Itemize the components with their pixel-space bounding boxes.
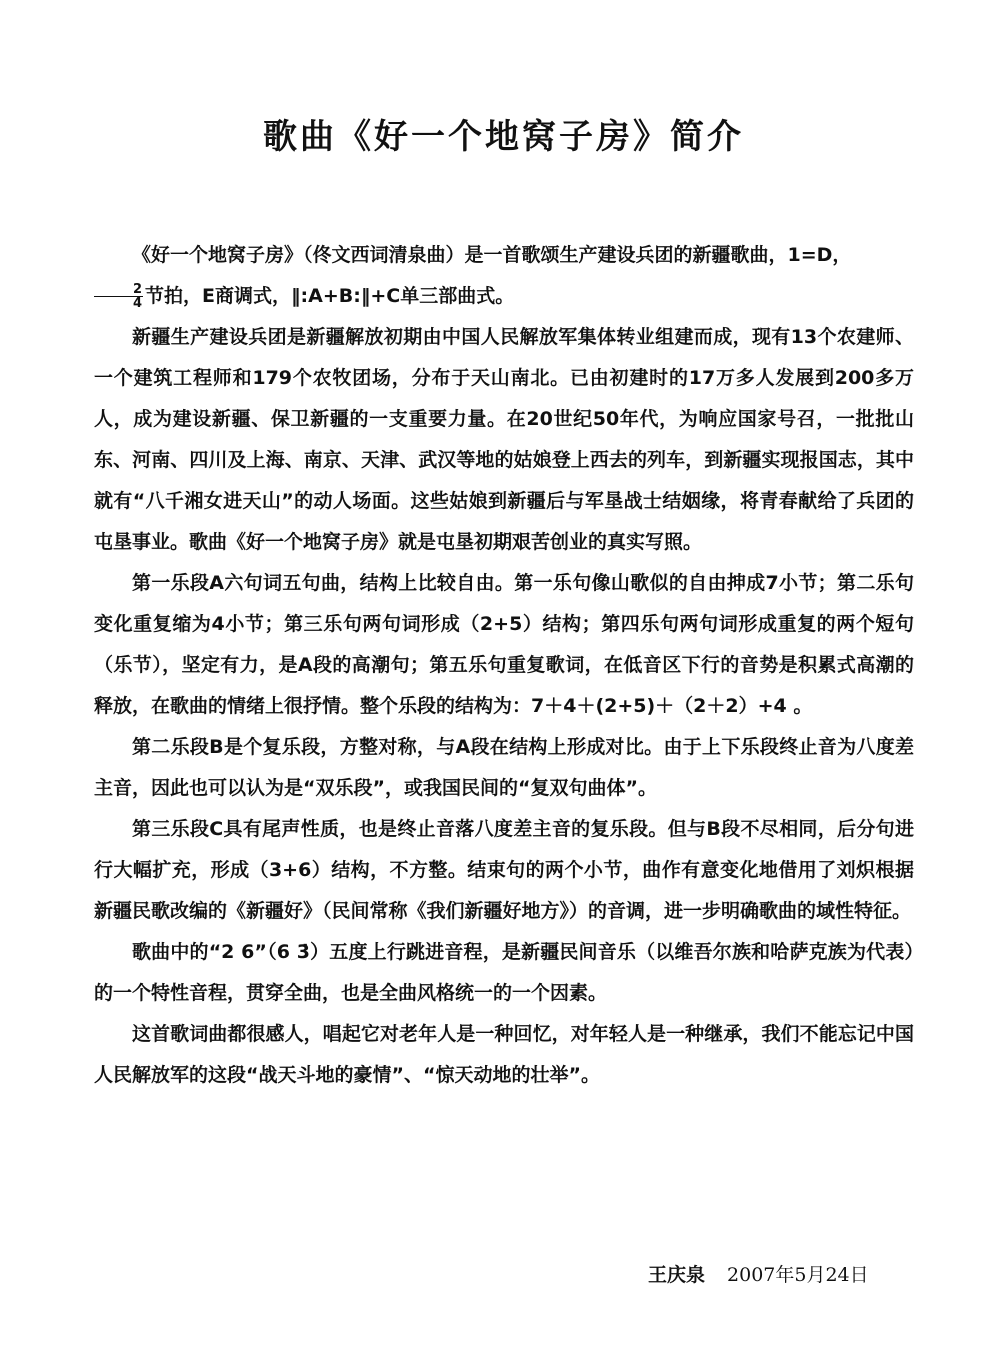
document-page: 歌曲《好一个地窝子房》简介 《好一个地窝子房》（佟文西词清泉曲）是一首歌颂生产建… [0,0,1007,1354]
signature-date: 2007年5月24日 [727,1264,869,1286]
time-signature-denominator: 4 [94,297,143,310]
intro-paragraph: 《好一个地窝子房》（佟文西词清泉曲）是一首歌颂生产建设兵团的新疆歌曲，1=D，2… [94,235,914,317]
intro-line-1: 《好一个地窝子房》（佟文西词清泉曲）是一首歌颂生产建设兵团的新疆歌曲，1=D， [132,244,851,266]
document-body: 《好一个地窝子房》（佟文西词清泉曲）是一首歌颂生产建设兵团的新疆歌曲，1=D，2… [94,235,914,1096]
paragraph-conclusion: 这首歌词曲都很感人，唱起它对老年人是一种回忆，对年轻人是一种继承，我们不能忘记中… [94,1014,914,1096]
intro-line-2: 节拍，E商调式，‖:A+B:‖+C单三部曲式。 [145,285,514,307]
signature: 王庆泉2007年5月24日 [648,1262,869,1288]
paragraph-interval: 歌曲中的“2 6”（6 3̇）五度上行跳进音程，是新疆民间音乐（以维吾尔族和哈萨… [94,932,914,1014]
time-signature: 24 [94,283,143,310]
paragraph-bingtuan: 新疆生产建设兵团是新疆解放初期由中国人民解放军集体转业组建而成，现有13个农建师… [94,317,914,563]
paragraph-section-a: 第一乐段A六句词五句曲，结构上比较自由。第一乐句像山歌似的自由抻成7小节；第二乐… [94,563,914,727]
paragraph-section-c: 第三乐段C具有尾声性质，也是终止音落八度差主音的复乐段。但与B段不尽相同，后分句… [94,809,914,932]
document-title: 歌曲《好一个地窝子房》简介 [0,112,1007,162]
author-name: 王庆泉 [648,1264,705,1286]
paragraph-section-b: 第二乐段B是个复乐段，方整对称，与A段在结构上形成对比。由于上下乐段终止音为八度… [94,727,914,809]
time-signature-numerator: 2 [94,283,143,297]
